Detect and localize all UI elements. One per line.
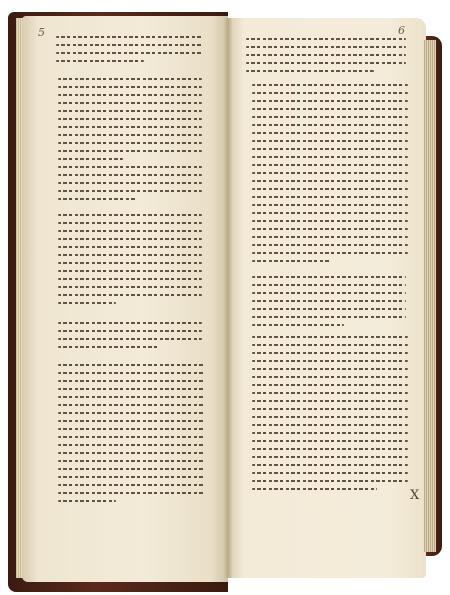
left-paragraph-1 [56,36,202,68]
right-paragraph-3 [252,276,406,332]
right-paragraph-4 [252,336,408,496]
book-gutter [224,18,232,578]
left-folio-number: 5 [38,26,45,39]
right-folio-number: 6 [398,24,405,37]
page-edges-right [424,40,436,552]
right-paragraph-1 [246,38,406,78]
left-paragraph-6 [58,364,204,508]
left-paragraph-3 [58,166,202,206]
left-paragraph-4 [58,214,202,310]
left-paragraph-2 [58,78,202,166]
margin-mark: X [410,488,419,503]
manuscript-photo: 5 6 X [0,0,450,595]
left-paragraph-5 [58,322,202,354]
right-paragraph-2 [252,84,408,268]
